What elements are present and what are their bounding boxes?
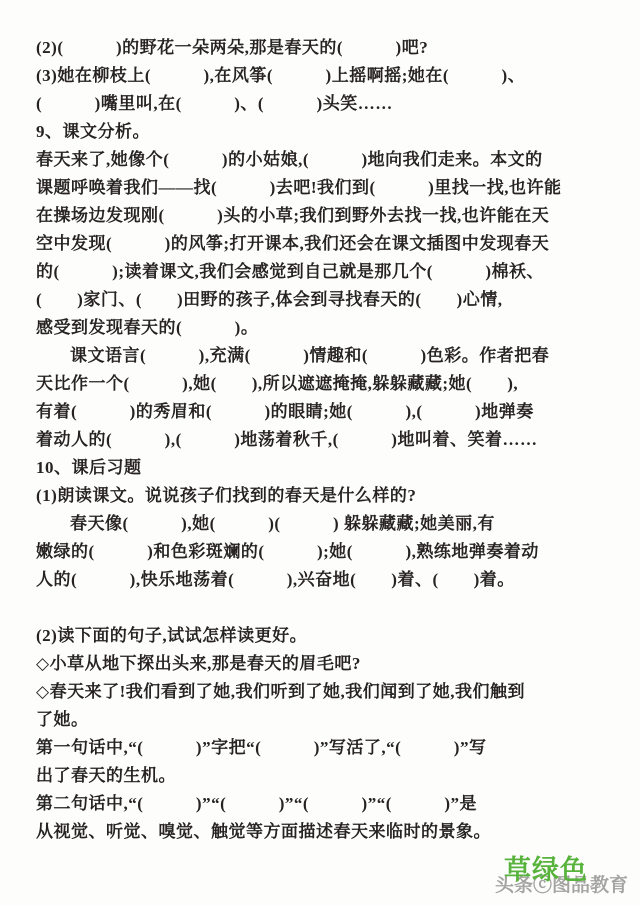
- text-line: 着动人的( ),( )地荡着秋千,( )地叫着、笑着……: [36, 426, 614, 454]
- text-line: 感受到发现春天的( )。: [36, 314, 614, 342]
- watermark-brand-text: 草绿色: [504, 848, 588, 887]
- text-line: 有着( )的秀眉和( )的眼睛;她( ),( )地弹奏: [36, 398, 614, 426]
- text-line: 春天像( ),她( )( ) 躲躲藏藏;她美丽,有: [36, 510, 614, 538]
- worksheet-page: (2)( )的野花一朵两朵,那是春天的( )吧? (3)她在柳枝上( ),在风筝…: [0, 0, 640, 905]
- text-line: 天比作一个( ),她( ),所以遮遮掩掩,躲躲藏藏;她( ),: [36, 370, 614, 398]
- watermark: 头条ⓒ图品教育 草绿色: [455, 851, 630, 899]
- text-line: ◇春天来了!我们看到了她,我们听到了她,我们闻到了她,我们触到: [36, 678, 614, 706]
- text-line: ( )家门、( )田野的孩子,体会到寻找春天的( )心情,: [36, 286, 614, 314]
- text-line: 嫩绿的( )和色彩斑斓的( );她( ),熟练地弹奏着动: [36, 538, 614, 566]
- text-line: (3)她在柳枝上( ),在风筝( )上摇啊摇;她在( )、: [36, 62, 614, 90]
- text-line: ◇小草从地下探出头来,那是春天的眉毛吧?: [36, 650, 614, 678]
- text-line: (1)朗读课文。说说孩子们找到的春天是什么样的?: [36, 482, 614, 510]
- text-line: 春天来了,她像个( )的小姑娘,( )地向我们走来。本文的: [36, 146, 614, 174]
- text-line: ( )嘴里叫,在( )、( )头笑……: [36, 90, 614, 118]
- section-heading-10: 10、课后习题: [36, 454, 614, 482]
- text-line: 第一句话中,“( )”字把“( )”写活了,“( )”写: [36, 734, 614, 762]
- text-line: 在操场边发现刚( )头的小草;我们到野外去找一找,也许能在天: [36, 202, 614, 230]
- text-line: (2)读下面的句子,试试怎样读更好。: [36, 622, 614, 650]
- text-line: 出了春天的生机。: [36, 762, 614, 790]
- text-line: 课文语言( ),充满( )情趣和( )色彩。作者把春: [36, 342, 614, 370]
- section-heading-9: 9、课文分析。: [36, 118, 614, 146]
- text-line: 空中发现( )的风筝;打开课本,我们还会在课文插图中发现春天: [36, 230, 614, 258]
- text-line: 第二句话中,“( )”“( )”“( )”“( )”是: [36, 790, 614, 818]
- text-line: 从视觉、听觉、嗅觉、触觉等方面描述春天来临时的景象。: [36, 818, 614, 846]
- text-line: 课题呼唤着我们——找( )去吧!我们到( )里找一找,也许能: [36, 174, 614, 202]
- text-line: 了她。: [36, 706, 614, 734]
- text-line: 的( );读着课文,我们会感觉到自己就是那几个( )棉袄、: [36, 258, 614, 286]
- text-line: (2)( )的野花一朵两朵,那是春天的( )吧?: [36, 34, 614, 62]
- text-line: 人的( ),快乐地荡着( ),兴奋地( )着、( )着。: [36, 566, 614, 594]
